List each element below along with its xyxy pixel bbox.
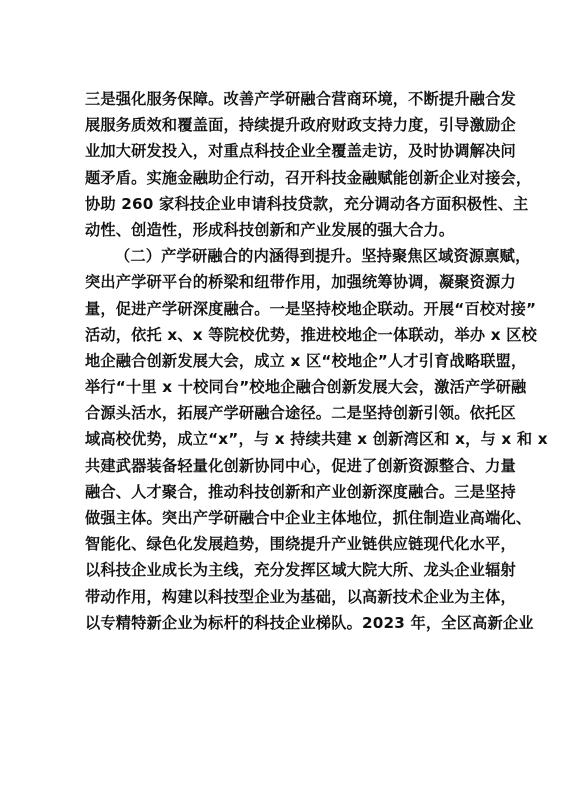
paragraph-service-guarantee: 三是强化服务保障。改善产学研融合营商环境，不断提升融合发 展服务质效和覆盖面，持…: [85, 86, 500, 243]
text-line: 题矛盾。实施金融助企行动，召开科技金融赋能创新企业对接会，: [85, 165, 500, 191]
text-line: 协助 260 家科技企业申请科技贷款，充分调动各方面积极性、主: [85, 191, 500, 217]
text-line: 三是强化服务保障。改善产学研融合营商环境，不断提升融合发: [85, 86, 500, 112]
text-line: 域高校优势，成立“x”，与 x 持续共建 x 创新湾区和 x，与 x 和 x: [85, 426, 500, 452]
text-line: 地企融合创新发展大会，成立 x 区“校地企”人才引育战略联盟，: [85, 348, 500, 374]
text-line: 共建武器装备轻量化创新协同中心，促进了创新资源整合、力量: [85, 453, 500, 479]
text-line-heading: （二）产学研融合的内涵得到提升。坚持聚焦区域资源禀赋，: [85, 243, 500, 269]
text-line: 活动，依托 x、x 等院校优势，推进校地企一体联动，举办 x 区校: [85, 322, 500, 348]
text-line: 举行“十里 x 十校同台”校地企融合创新发展大会，激活产学研融: [85, 374, 500, 400]
document-page: 三是强化服务保障。改善产学研融合营商环境，不断提升融合发 展服务质效和覆盖面，持…: [0, 0, 570, 807]
text-line: 智能化、绿色化发展趋势，围绕提升产业链供应链现代化水平，: [85, 531, 500, 557]
paragraph-integration-deepened: （二）产学研融合的内涵得到提升。坚持聚焦区域资源禀赋， 突出产学研平台的桥梁和纽…: [85, 243, 500, 636]
text-line: 展服务质效和覆盖面，持续提升政府财政支持力度，引导激励企: [85, 112, 500, 138]
text-line: 量，促进产学研深度融合。一是坚持校地企联动。开展“百校对接”: [85, 296, 500, 322]
text-line: 融合、人才聚合，推动科技创新和产业创新深度融合。三是坚持: [85, 479, 500, 505]
document-body: 三是强化服务保障。改善产学研融合营商环境，不断提升融合发 展服务质效和覆盖面，持…: [85, 86, 500, 636]
text-line: 合源头活水，拓展产学研融合途径。二是坚持创新引领。依托区: [85, 400, 500, 426]
text-line: 做强主体。突出产学研融合中企业主体地位，抓住制造业高端化、: [85, 505, 500, 531]
text-line: 动性、创造性，形成科技创新和产业发展的强大合力。: [85, 217, 500, 243]
text-line: 业加大研发投入，对重点科技企业全覆盖走访，及时协调解决问: [85, 138, 500, 164]
text-line: 突出产学研平台的桥梁和纽带作用，加强统筹协调，凝聚资源力: [85, 269, 500, 295]
text-line: 以科技企业成长为主线，充分发挥区域大院大所、龙头企业辐射: [85, 557, 500, 583]
text-line: 以专精特新企业为标杆的科技企业梯队。2023 年，全区高新企业: [85, 610, 500, 636]
text-line: 带动作用，构建以科技型企业为基础，以高新技术企业为主体，: [85, 584, 500, 610]
